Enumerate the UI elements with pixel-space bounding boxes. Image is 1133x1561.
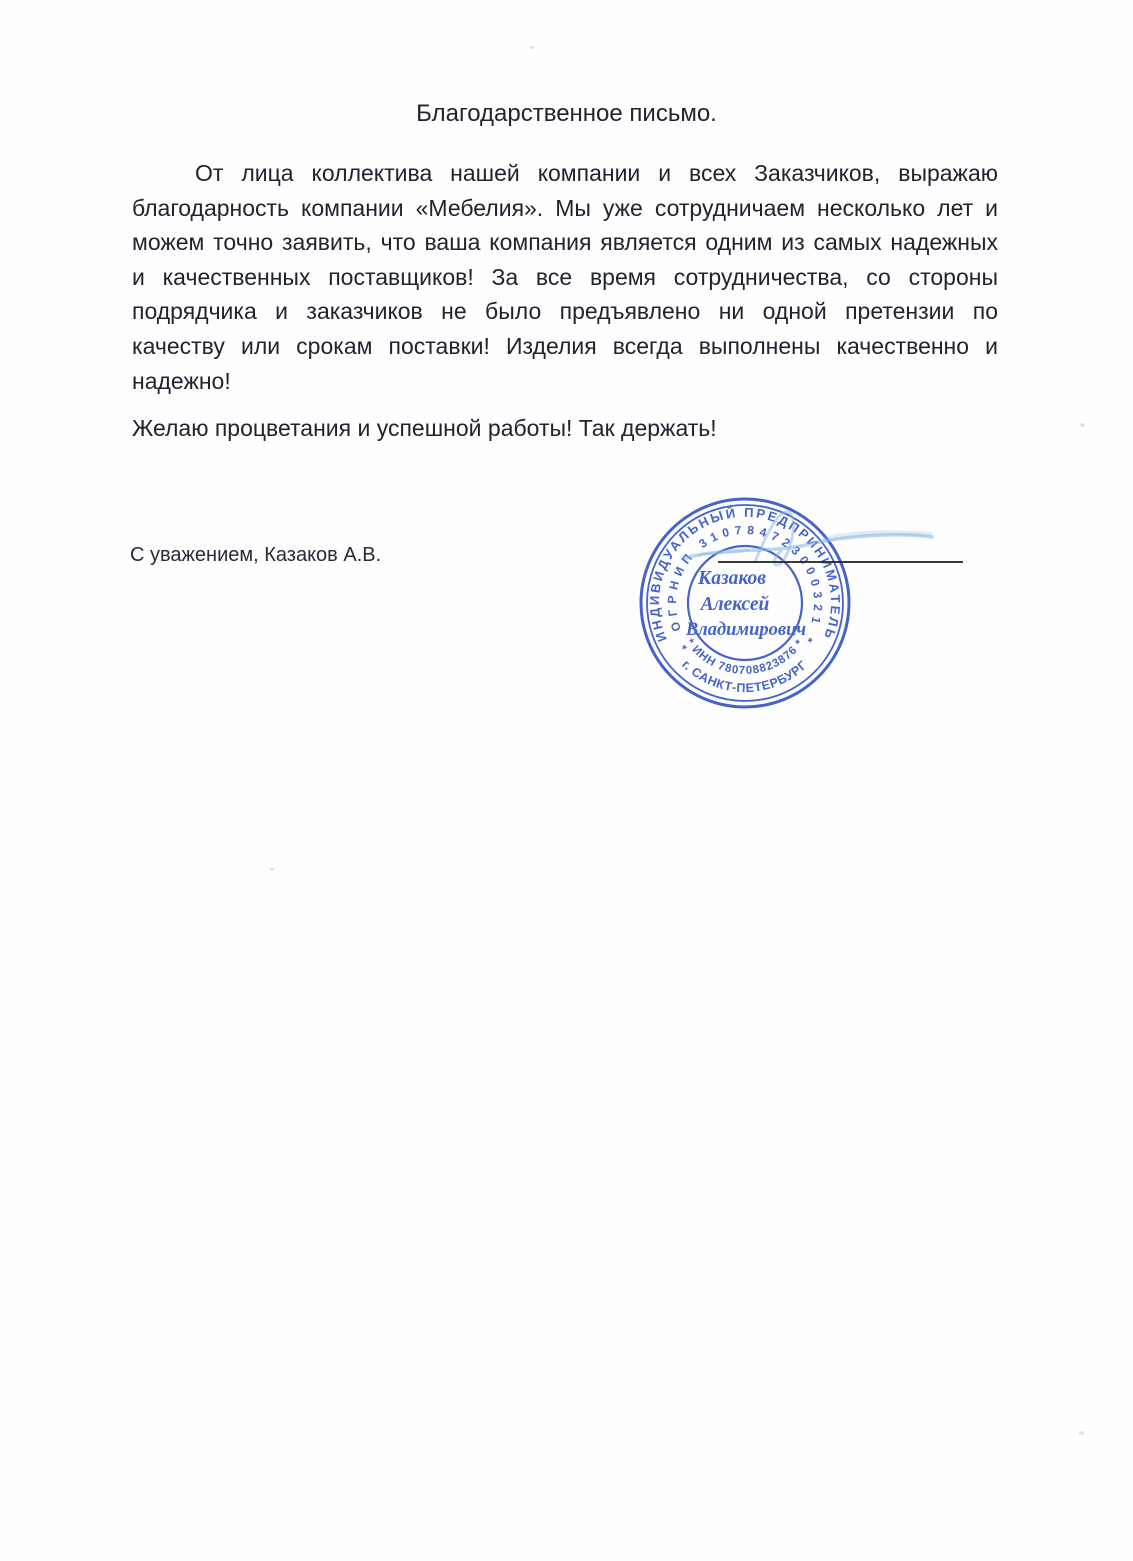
body-line: качеству или срокам поставки! Изделия вс… [132, 329, 998, 364]
scanned-letter-page: Благодарственное письмо. От лица коллект… [0, 0, 1133, 1561]
body-line: надежно! [132, 364, 998, 399]
body-line: От лица коллектива нашей компании и всех… [132, 156, 998, 191]
body-line: и качественных поставщиков! За все время… [132, 260, 998, 295]
body-line: благодарность компании «Мебелия». Мы уже… [132, 191, 998, 226]
scan-speck [1080, 423, 1085, 427]
letter-title: Благодарственное письмо. [0, 100, 1133, 128]
scan-speck [270, 868, 274, 871]
stamp-name-line3: Владимирович [685, 620, 807, 640]
signature-line [718, 561, 963, 563]
letter-body: От лица коллектива нашей компании и всех… [132, 156, 998, 398]
handwritten-signature [640, 492, 980, 622]
body-line: подрядчика и заказчиков не было предъявл… [132, 294, 998, 329]
body-line: можем точно заявить, что ваша компания я… [132, 225, 998, 260]
scan-speck [1079, 1431, 1084, 1435]
signoff-text: С уважением, Казаков А.В. [130, 544, 381, 567]
closing-wish: Желаю процветания и успешной работы! Так… [132, 415, 717, 442]
scan-speck [530, 46, 534, 49]
